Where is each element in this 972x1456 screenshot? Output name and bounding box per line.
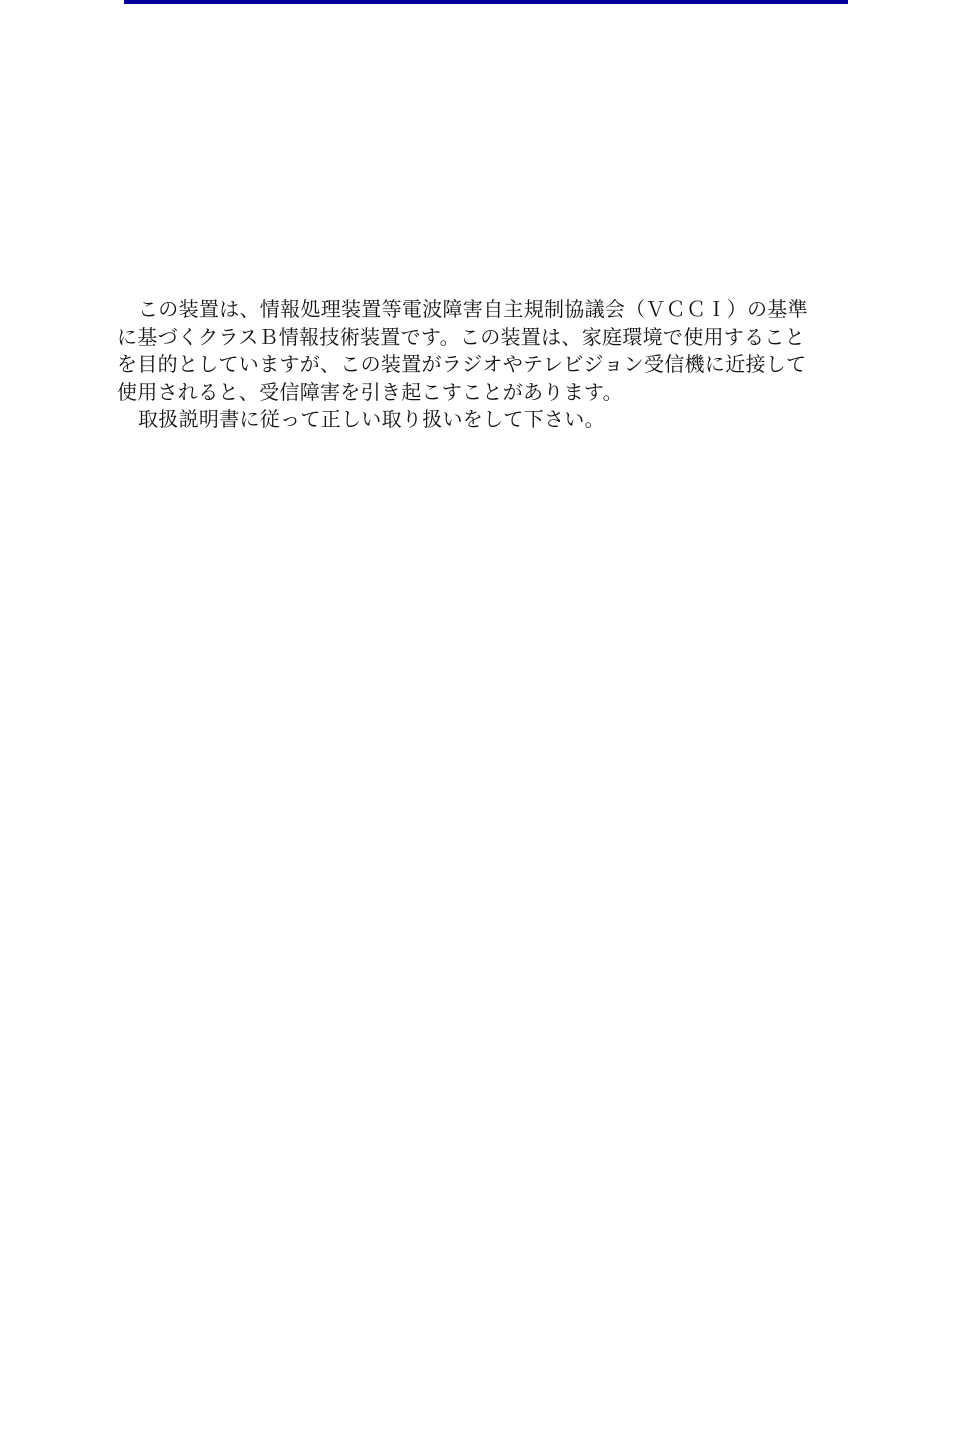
vcci-notice: この装置は、情報処理装置等電波障害自主規制協議会（ＶＣＣＩ）の基準 に基づくクラ… [117,296,857,434]
notice-line-4: 使用されると、受信障害を引き起こすことがあります。 [117,379,857,407]
notice-line-1: この装置は、情報処理装置等電波障害自主規制協議会（ＶＣＣＩ）の基準 [117,296,857,324]
notice-line-5: 取扱説明書に従って正しい取り扱いをして下さい。 [117,406,857,434]
notice-line-2: に基づくクラスＢ情報技術装置です。この装置は、家庭環境で使用すること [117,324,857,352]
notice-line-3: を目的としていますが、この装置がラジオやテレビジョン受信機に近接して [117,351,857,379]
header-rule [124,0,848,4]
